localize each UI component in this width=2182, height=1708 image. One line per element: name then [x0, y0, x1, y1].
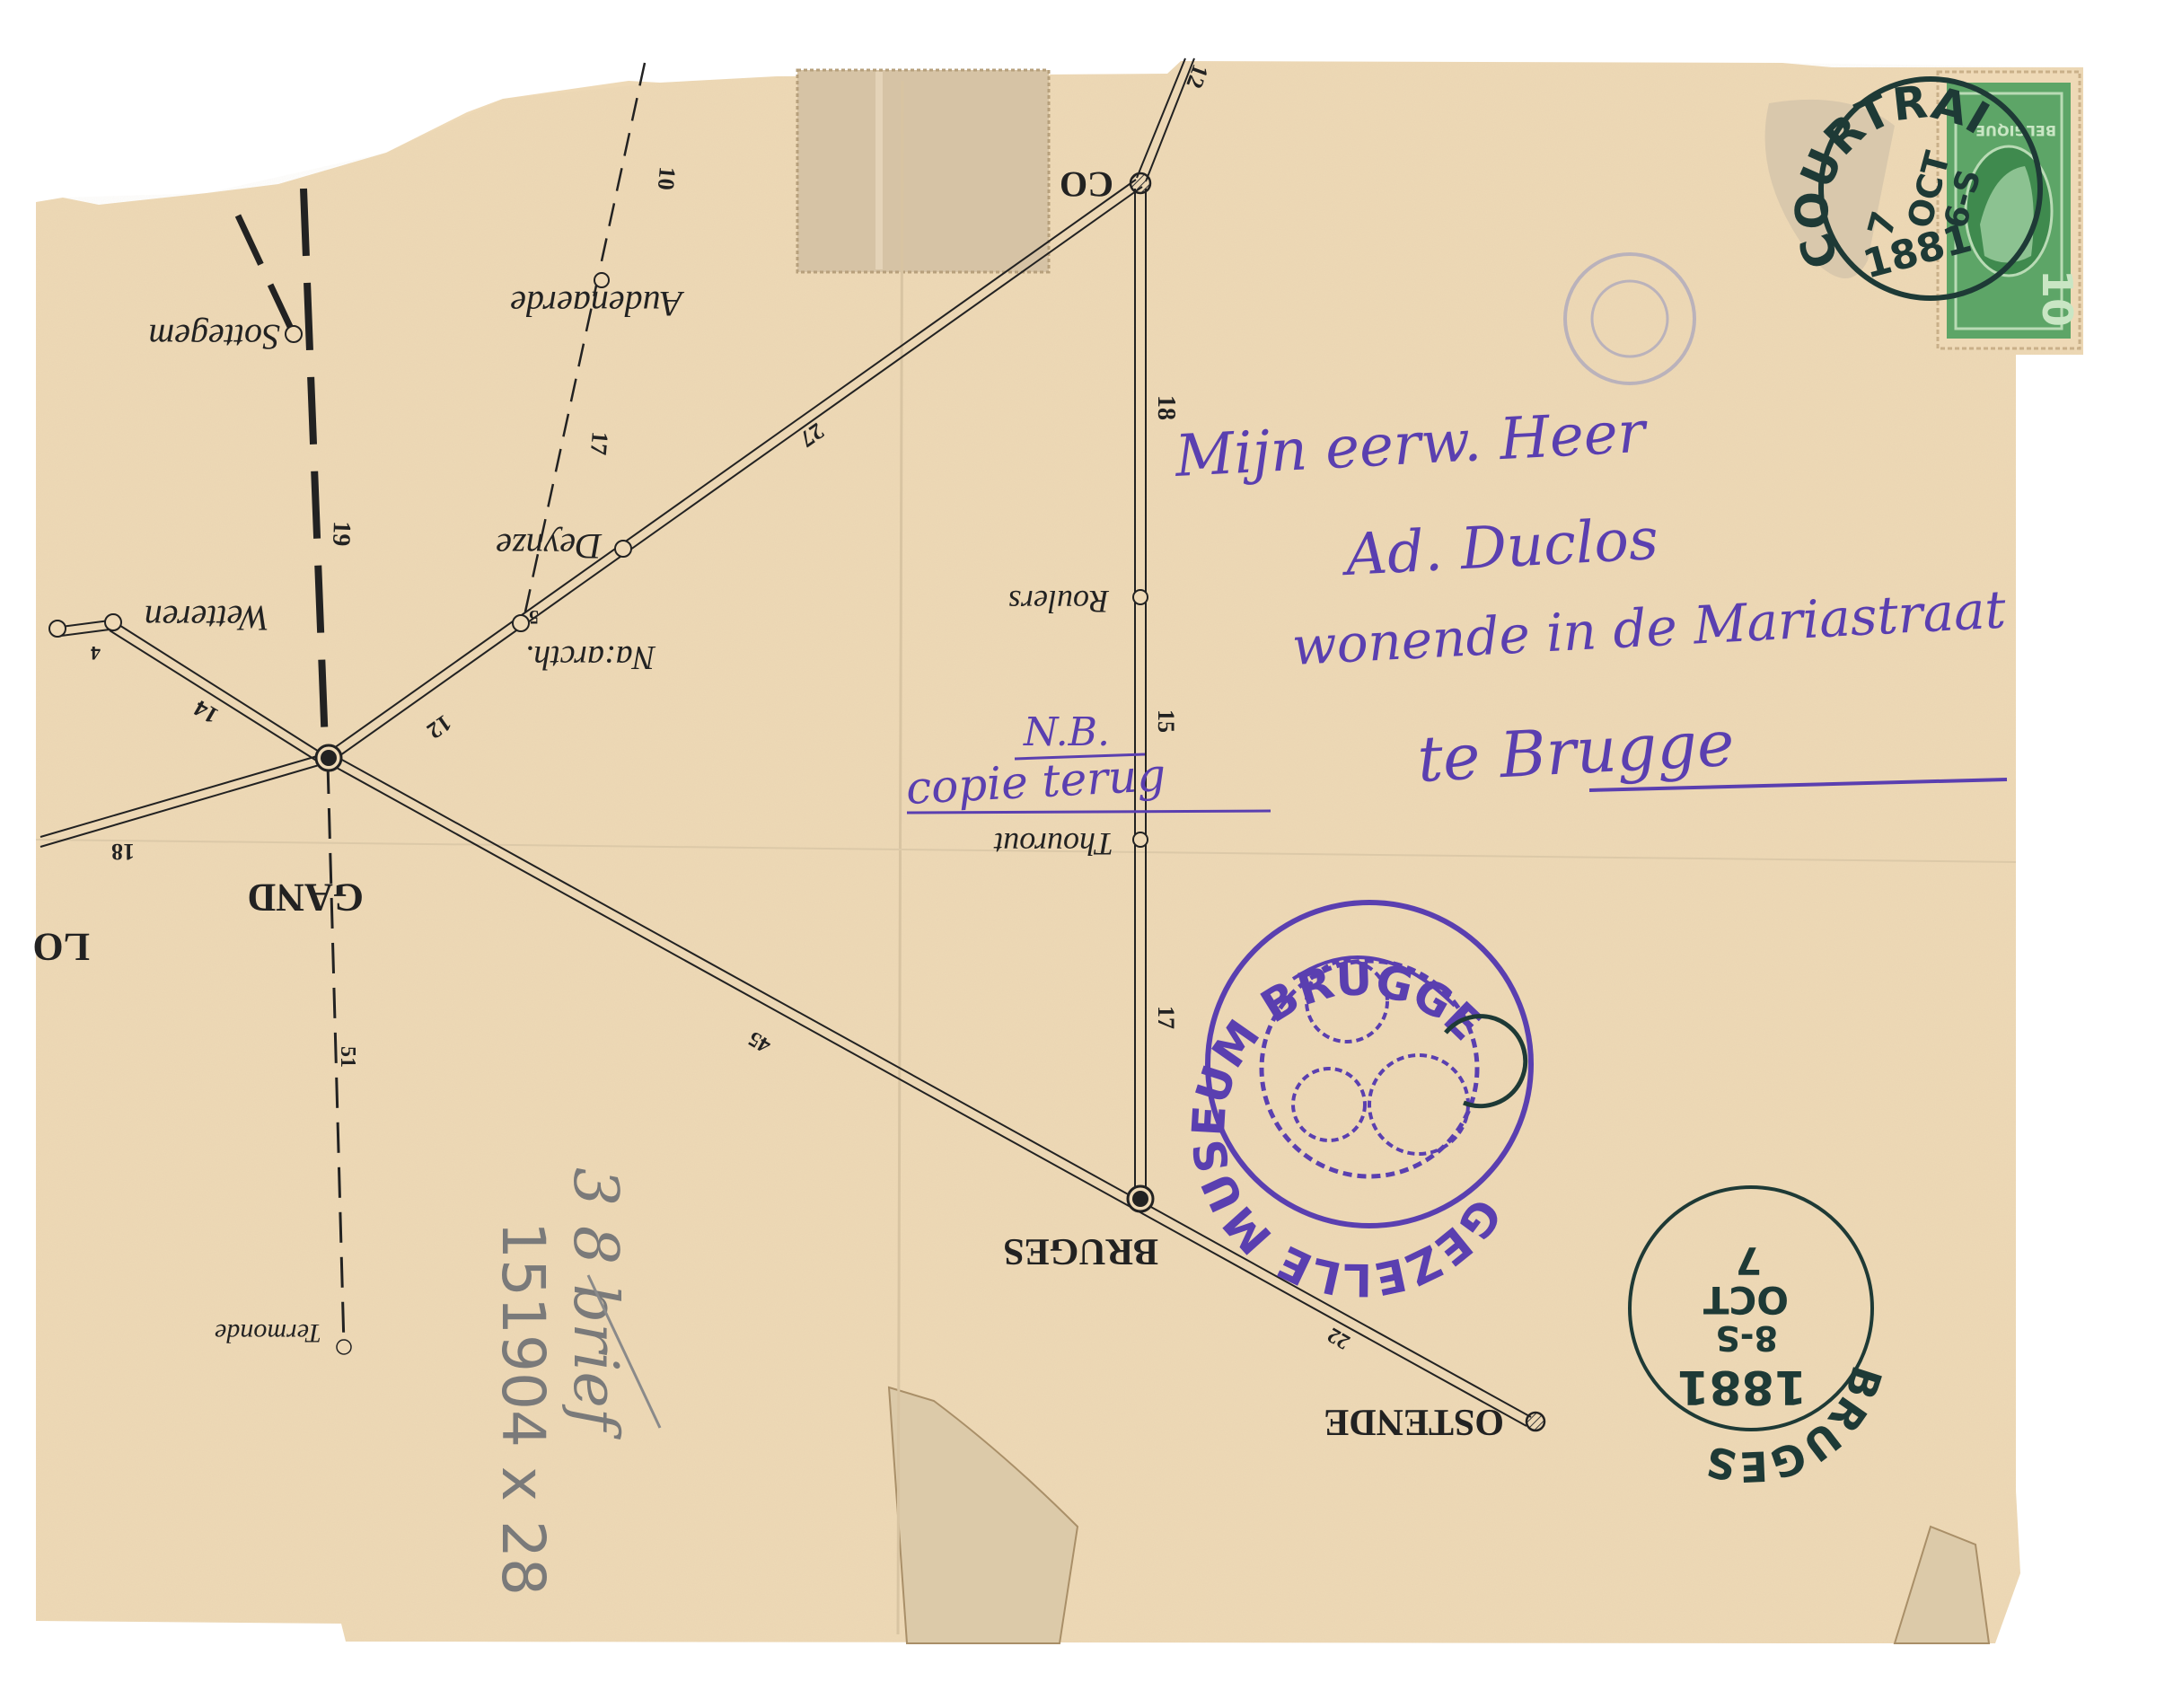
postmark-bruges-year: 1881: [1676, 1360, 1807, 1413]
station-deynze-marker: [615, 541, 631, 557]
label-gand: GAND: [247, 876, 364, 920]
dist-17-aud: 17: [585, 430, 613, 455]
postmark-bruges-day: 7: [1736, 1238, 1762, 1282]
station-wetteren-marker: [105, 614, 121, 630]
stamp-value: 10: [2033, 269, 2081, 327]
label-lo: LO: [32, 925, 90, 969]
dist-18-roul: 18: [1152, 395, 1180, 420]
pencil-line-2: 151904 x 28: [488, 1221, 558, 1596]
pencil-line-1: 3 8 brief: [559, 1167, 630, 1440]
dist-15: 15: [1153, 709, 1179, 733]
label-ostende: OSTENDE: [1324, 1401, 1504, 1442]
station-termonde-marker: [337, 1340, 351, 1354]
label-termonde: Termonde: [215, 1318, 321, 1348]
label-bruges: BRUGES: [1003, 1230, 1158, 1272]
label-sottegem: Sottegem: [148, 317, 280, 357]
postmark-bruges-time: 8-S: [1715, 1318, 1778, 1358]
station-thourout-marker: [1133, 832, 1148, 847]
station-naeveth-marker: [513, 615, 529, 631]
station-lo-marker: [49, 621, 66, 637]
station-roulers-marker: [1133, 590, 1148, 604]
station-courtrai-marker: [1131, 173, 1150, 193]
dist-19: 19: [327, 521, 356, 547]
dist-51: 51: [336, 1046, 359, 1068]
label-courtrai: CO: [1060, 164, 1113, 205]
label-roulers: Roulers: [1008, 584, 1110, 620]
postmark-bruges-month: OCT: [1702, 1278, 1789, 1322]
station-ostende-marker: [1527, 1413, 1544, 1431]
label-audenaerde: Audenaerde: [510, 284, 685, 324]
label-wetteren: Wetteren: [145, 598, 269, 638]
dist-17-br: 17: [1153, 1006, 1179, 1029]
label-naeveth: Na:arcth.: [525, 638, 656, 676]
dist-4: 4: [91, 642, 101, 665]
dist-5: 5: [529, 606, 539, 629]
label-thourout: Thourout: [993, 826, 1113, 862]
dist-18-gand: 18: [111, 839, 135, 865]
dist-10: 10: [653, 165, 681, 190]
stamp-country: BELGIQUE: [1975, 122, 2056, 139]
label-deynze: Deynze: [496, 526, 603, 567]
station-sottegem-marker: [286, 326, 302, 342]
stamp-remnant: [797, 70, 1049, 272]
nb-line-1: N.B.: [1023, 709, 1110, 755]
document-scene: GAND BRUGES OSTENDE CO Sottegem Audenaer…: [0, 0, 2182, 1708]
